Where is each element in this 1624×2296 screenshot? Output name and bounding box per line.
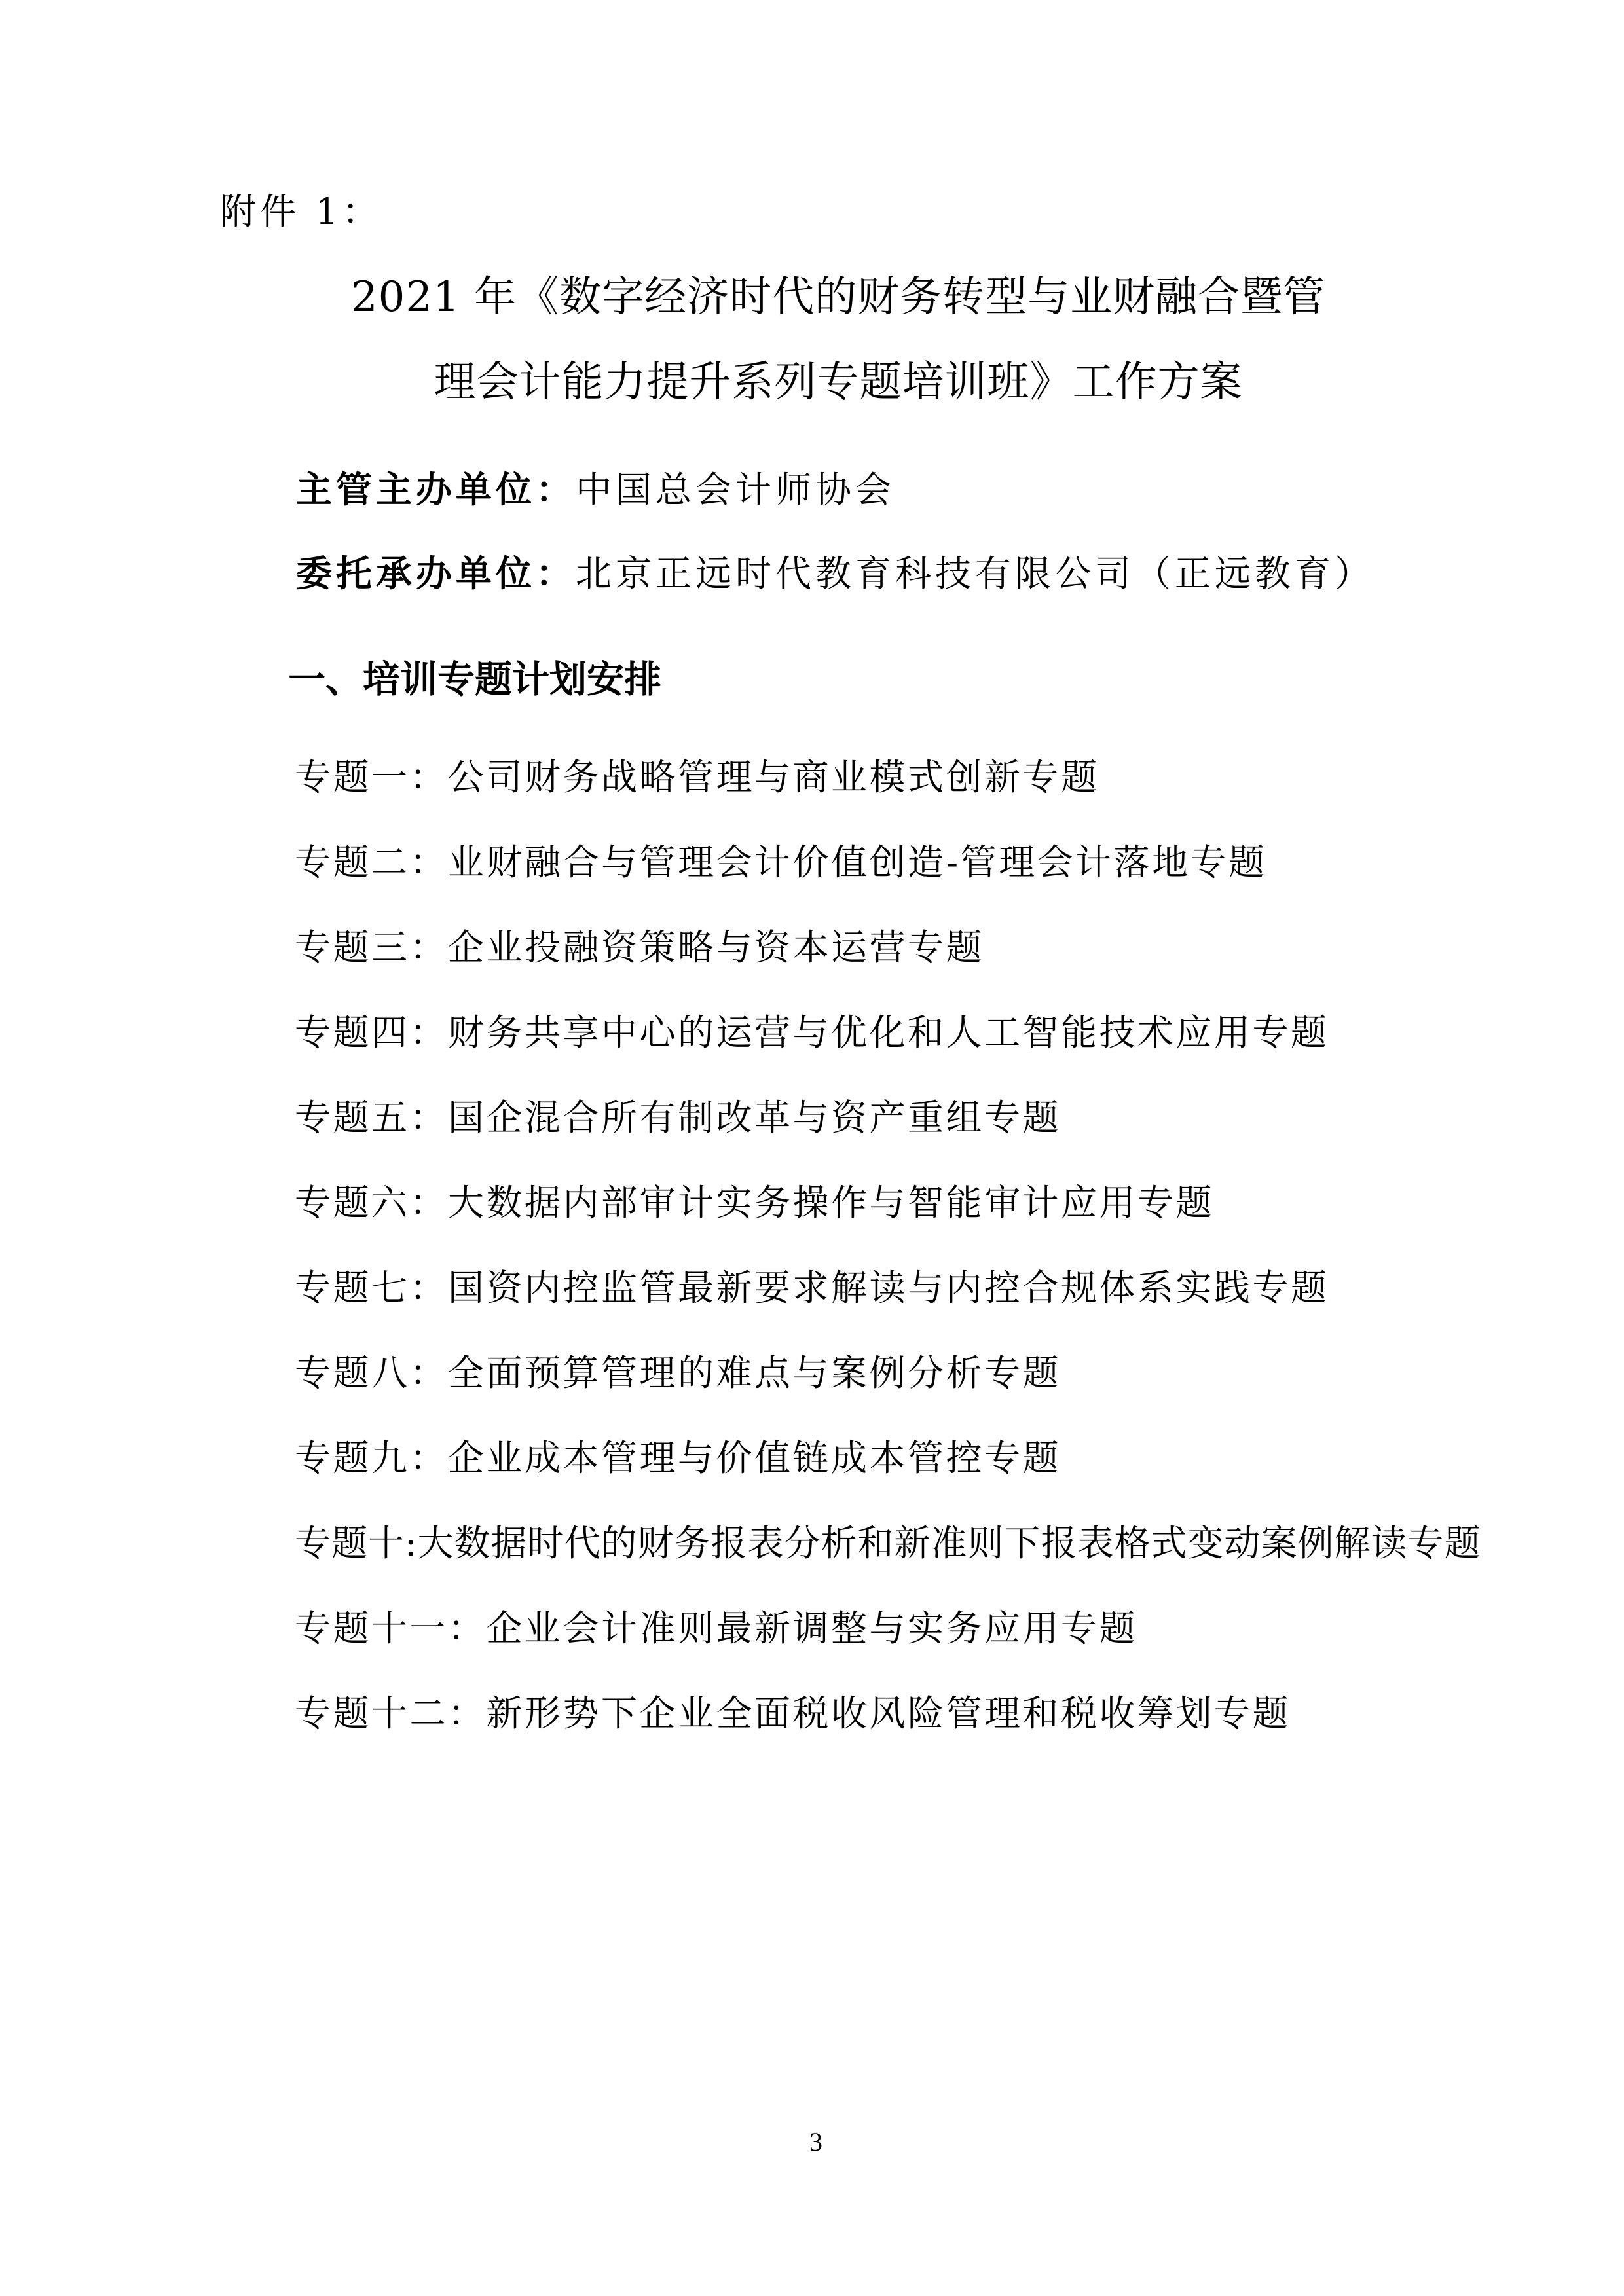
- topic-item: 专题四：财务共享中心的运营与优化和人工智能技术应用专题: [295, 1015, 1481, 1100]
- topic-item: 专题十二：新形势下企业全面税收风险管理和税收筹划专题: [295, 1696, 1481, 1781]
- topic-item: 专题八：全面预算管理的难点与案例分析专题: [295, 1355, 1481, 1440]
- topic-item: 专题六：大数据内部审计实务操作与智能审计应用专题: [295, 1185, 1481, 1270]
- contractor-label: 委托承办单位：: [296, 552, 576, 594]
- section-heading: 一、培训专题计划安排: [288, 661, 661, 699]
- document-title-line-1: 2021 年《数字经济时代的财务转型与业财融合暨管: [0, 276, 1624, 318]
- organizer-row: 主管主办单位：中国总会计师协会: [296, 471, 895, 508]
- document-title-line-2: 理会计能力提升系列专题培训班》工作方案: [0, 361, 1624, 403]
- document-page: 附件 1： 2021 年《数字经济时代的财务转型与业财融合暨管 理会计能力提升系…: [0, 0, 1624, 2296]
- contractor-row: 委托承办单位：北京正远时代教育科技有限公司（正远教育）: [296, 555, 1375, 592]
- topic-item: 专题九：企业成本管理与价值链成本管控专题: [295, 1440, 1481, 1525]
- page-number: 3: [809, 2129, 822, 2155]
- topic-item: 专题十:大数据时代的财务报表分析和新准则下报表格式变动案例解读专题: [295, 1525, 1481, 1611]
- topic-list: 专题一：公司财务战略管理与商业模式创新专题 专题二：业财融合与管理会计价值创造-…: [295, 759, 1481, 1781]
- contractor-value: 北京正远时代教育科技有限公司（正远教育）: [576, 553, 1375, 594]
- topic-item: 专题二：业财融合与管理会计价值创造-管理会计落地专题: [295, 845, 1481, 930]
- topic-item: 专题一：公司财务战略管理与商业模式创新专题: [295, 759, 1481, 845]
- attachment-label: 附件 1：: [220, 194, 382, 230]
- topic-item: 专题十一：企业会计准则最新调整与实务应用专题: [295, 1611, 1481, 1696]
- topic-item: 专题五：国企混合所有制改革与资产重组专题: [295, 1100, 1481, 1185]
- organizer-value: 中国总会计师协会: [576, 469, 895, 511]
- topic-item: 专题七：国资内控监管最新要求解读与内控合规体系实践专题: [295, 1270, 1481, 1355]
- organizer-label: 主管主办单位：: [296, 468, 576, 511]
- topic-item: 专题三：企业投融资策略与资本运营专题: [295, 930, 1481, 1015]
